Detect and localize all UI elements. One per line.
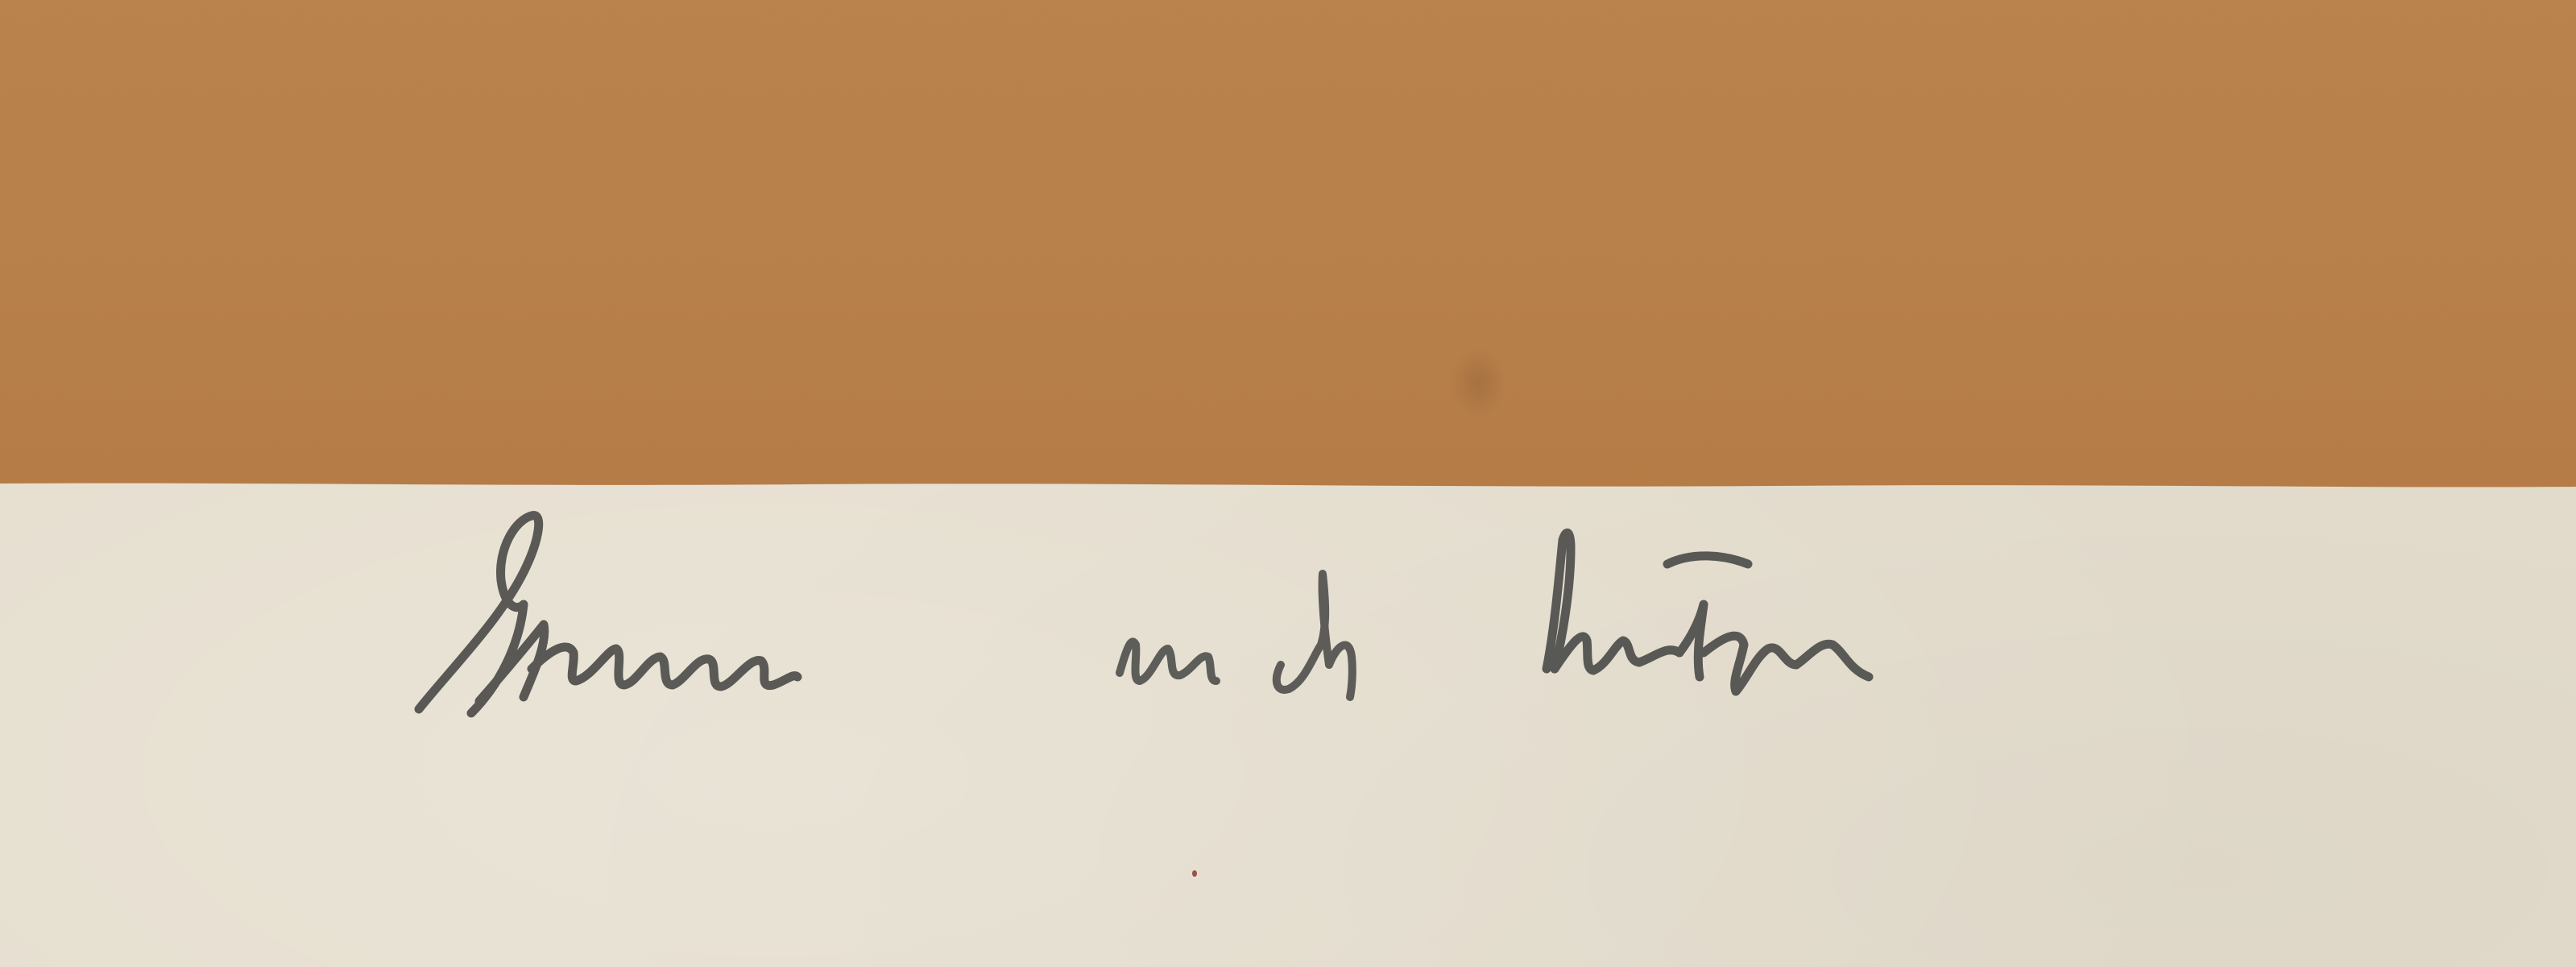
artwork: Maxime van der Wetering [0,0,2576,967]
signature-word-der [1277,574,1352,697]
red-speck [1192,870,1197,877]
signature-word-wetering [1547,533,1869,691]
signature-word-van [1120,641,1216,681]
pencil-signature: Maxime van der Wetering [403,483,2336,741]
paper-smudge [1450,347,1506,419]
signature-word-maxime [419,516,797,713]
ochre-color-band [0,0,2576,492]
